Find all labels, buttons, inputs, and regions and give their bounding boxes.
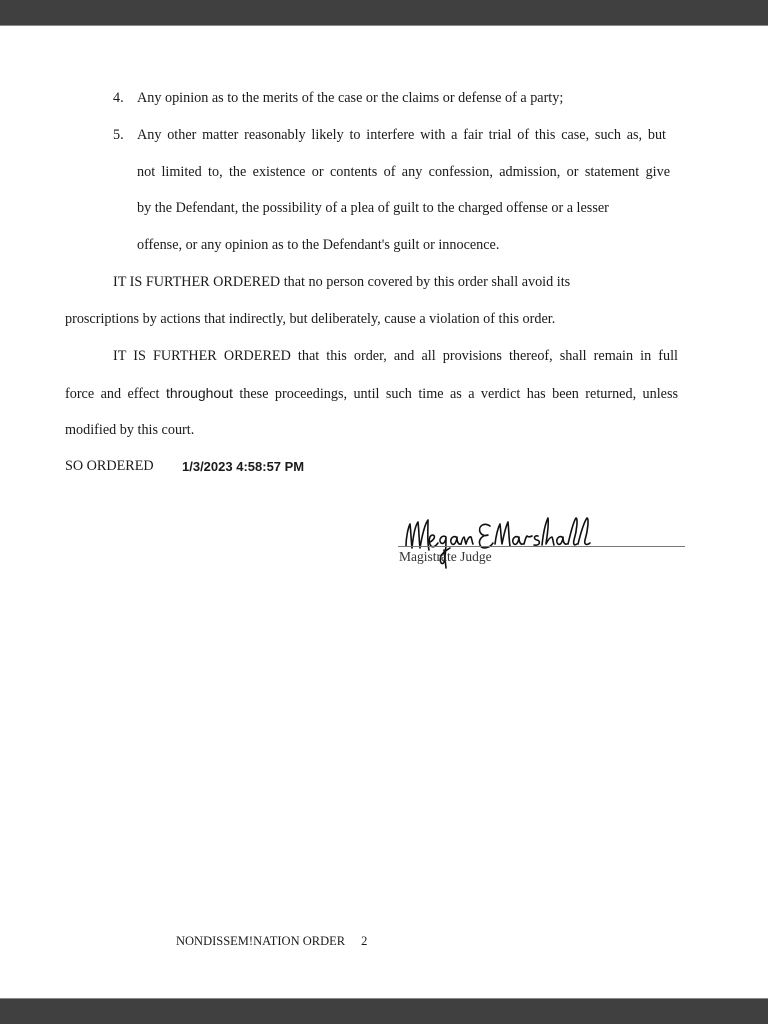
paragraph-text: force and effect throughout these procee… [65, 385, 678, 403]
paragraph-text-emphasis: throughout [166, 385, 233, 401]
signer-title: Magistrate Judge [399, 549, 492, 565]
list-item-number: 4. [113, 90, 124, 107]
viewer-top-bar [0, 0, 768, 26]
so-ordered-label: SO ORDERED [65, 458, 154, 475]
list-item-text: not limited to, the existence or content… [137, 164, 670, 181]
page-number: 2 [361, 934, 367, 948]
page-footer: NONDISSEM!NATION ORDER2 [176, 934, 367, 949]
paragraph-text: IT IS FURTHER ORDERED that this order, a… [113, 348, 678, 365]
list-item-number: 5. [113, 127, 124, 144]
paragraph-text: modified by this court. [65, 422, 194, 439]
list-item-text: Any other matter reasonably likely to in… [137, 127, 666, 144]
list-item-text: Any opinion as to the merits of the case… [137, 90, 563, 107]
paragraph-text: IT IS FURTHER ORDERED that no person cov… [113, 274, 570, 291]
list-item-text: by the Defendant, the possibility of a p… [137, 200, 609, 217]
footer-title: NONDISSEM!NATION ORDER [176, 934, 345, 948]
paragraph-text-suffix: these proceedings, until such time as a … [239, 386, 678, 402]
paragraph-text: proscriptions by actions that indirectly… [65, 311, 555, 328]
signature-line [398, 546, 685, 547]
paragraph-text-prefix: force and effect [65, 386, 160, 402]
document-page: 4. Any opinion as to the merits of the c… [0, 26, 768, 998]
viewer-bottom-bar [0, 998, 768, 1024]
order-timestamp: 1/3/2023 4:58:57 PM [182, 459, 304, 474]
list-item-text: offense, or any opinion as to the Defend… [137, 237, 499, 254]
